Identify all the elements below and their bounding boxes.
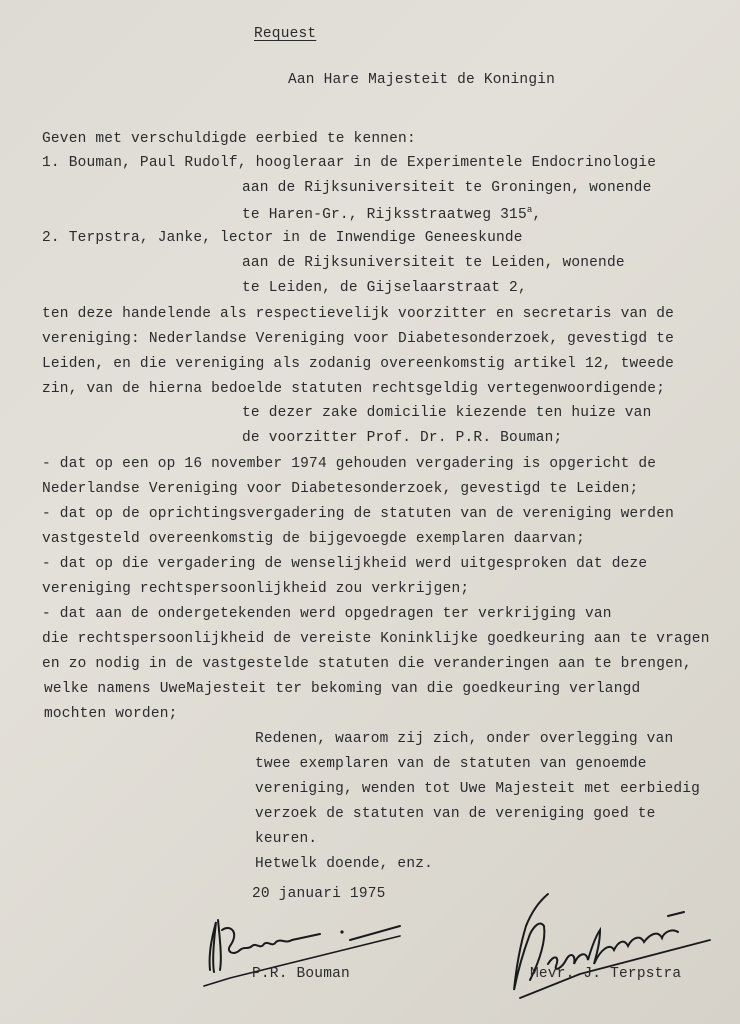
request-line: verzoek de statuten van de vereniging go… — [255, 806, 656, 822]
closing-line: Hetwelk doende, enz. — [255, 856, 433, 872]
consideration-line: en zo nodig in de vastgestelde statuten … — [42, 656, 692, 672]
domicile-line: de voorzitter Prof. Dr. P.R. Bouman; — [242, 430, 562, 446]
addressee: Aan Hare Majesteit de Koningin — [288, 72, 555, 88]
document-date: 20 januari 1975 — [252, 886, 386, 902]
signatory-name: Mevr. J. Terpstra — [530, 966, 681, 982]
signatory-name: P.R. Bouman — [252, 966, 350, 982]
document-page: Request Aan Hare Majesteit de Koningin G… — [0, 0, 740, 1024]
capacity-line: ten deze handelende als respectievelijk … — [42, 306, 674, 322]
consideration-line: - dat op een op 16 november 1974 gehoude… — [42, 456, 656, 472]
consideration-line: welke namens UweMajesteit ter bekoming v… — [44, 681, 640, 697]
consideration-line: vastgesteld overeenkomstig de bijgevoegd… — [42, 531, 585, 547]
document-title: Request — [254, 26, 316, 42]
request-line: twee exemplaren van de statuten van geno… — [255, 756, 647, 772]
consideration-line: die rechtspersoonlijkheid de vereiste Ko… — [42, 631, 710, 647]
consideration-line: - dat aan de ondergetekenden werd opgedr… — [42, 606, 612, 622]
consideration-line: Nederlandse Vereniging voor Diabetesonde… — [42, 481, 638, 497]
petitioner-1-address: te Haren-Gr., Rijksstraatweg 315a, — [242, 205, 541, 223]
petitioner-2-line: aan de Rijksuniversiteit te Leiden, wone… — [242, 255, 625, 271]
request-line: vereniging, wenden tot Uwe Majesteit met… — [255, 781, 700, 797]
capacity-line: vereniging: Nederlandse Vereniging voor … — [42, 331, 674, 347]
consideration-line: - dat op die vergadering de wenselijkhei… — [42, 556, 647, 572]
domicile-line: te dezer zake domicilie kiezende ten hui… — [242, 405, 651, 421]
request-line: keuren. — [255, 831, 317, 847]
capacity-line: zin, van de hierna bedoelde statuten rec… — [42, 381, 665, 397]
intro-line: Geven met verschuldigde eerbied te kenne… — [42, 131, 416, 147]
consideration-line: vereniging rechtspersoonlijkheid zou ver… — [42, 581, 469, 597]
petitioner-1-line: 1. Bouman, Paul Rudolf, hoogleraar in de… — [42, 155, 656, 171]
address-end: , — [532, 207, 541, 223]
consideration-line: mochten worden; — [44, 706, 178, 722]
request-line: Redenen, waarom zij zich, onder overlegg… — [255, 731, 673, 747]
consideration-line: - dat op de oprichtingsvergadering de st… — [42, 506, 674, 522]
signature-terpstra-icon — [500, 880, 730, 1010]
address-text: te Haren-Gr., Rijksstraatweg 315 — [242, 207, 527, 223]
petitioner-2-line: 2. Terpstra, Janke, lector in de Inwendi… — [42, 230, 523, 246]
petitioner-2-line: te Leiden, de Gijselaarstraat 2, — [242, 280, 527, 296]
capacity-line: Leiden, en die vereniging als zodanig ov… — [42, 356, 674, 372]
petitioner-1-line: aan de Rijksuniversiteit te Groningen, w… — [242, 180, 651, 196]
